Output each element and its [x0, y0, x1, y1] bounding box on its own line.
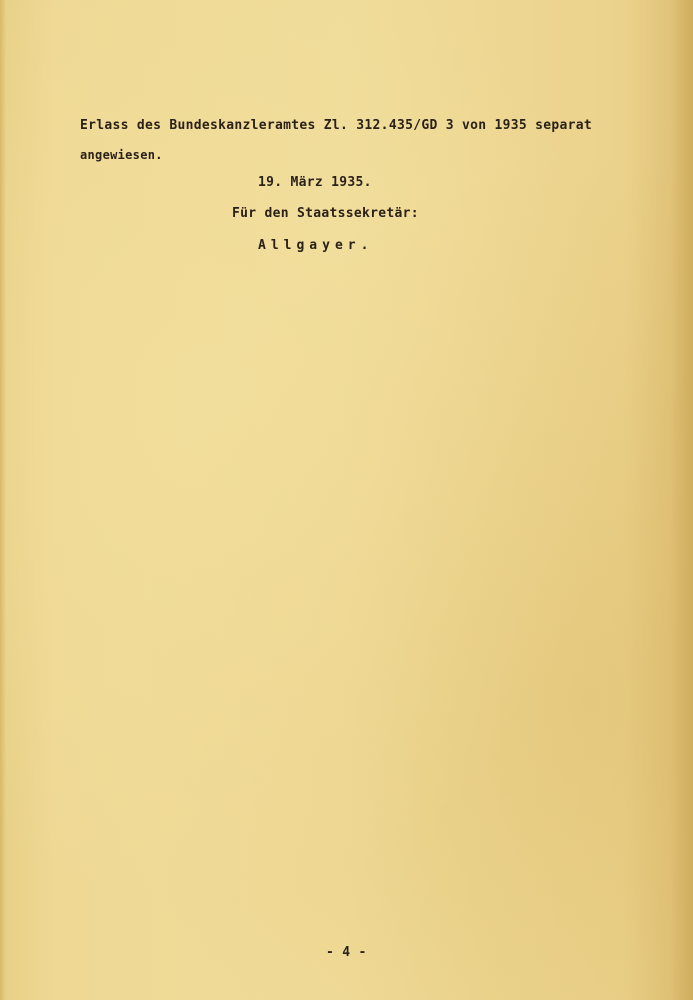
paper-edge-left	[0, 0, 6, 1000]
body-text-line-2: angewiesen.	[80, 148, 163, 162]
date-line: 19. März 1935.	[258, 175, 372, 190]
document-page: Erlass des Bundeskanzleramtes Zl. 312.43…	[0, 0, 693, 1000]
body-text-line-1: Erlass des Bundeskanzleramtes Zl. 312.43…	[80, 118, 592, 133]
signature-title: Für den Staatssekretär:	[232, 206, 419, 221]
signature-name: Allgayer.	[258, 238, 373, 253]
paper-edge-right	[671, 0, 693, 1000]
page-number: - 4 -	[326, 945, 367, 960]
